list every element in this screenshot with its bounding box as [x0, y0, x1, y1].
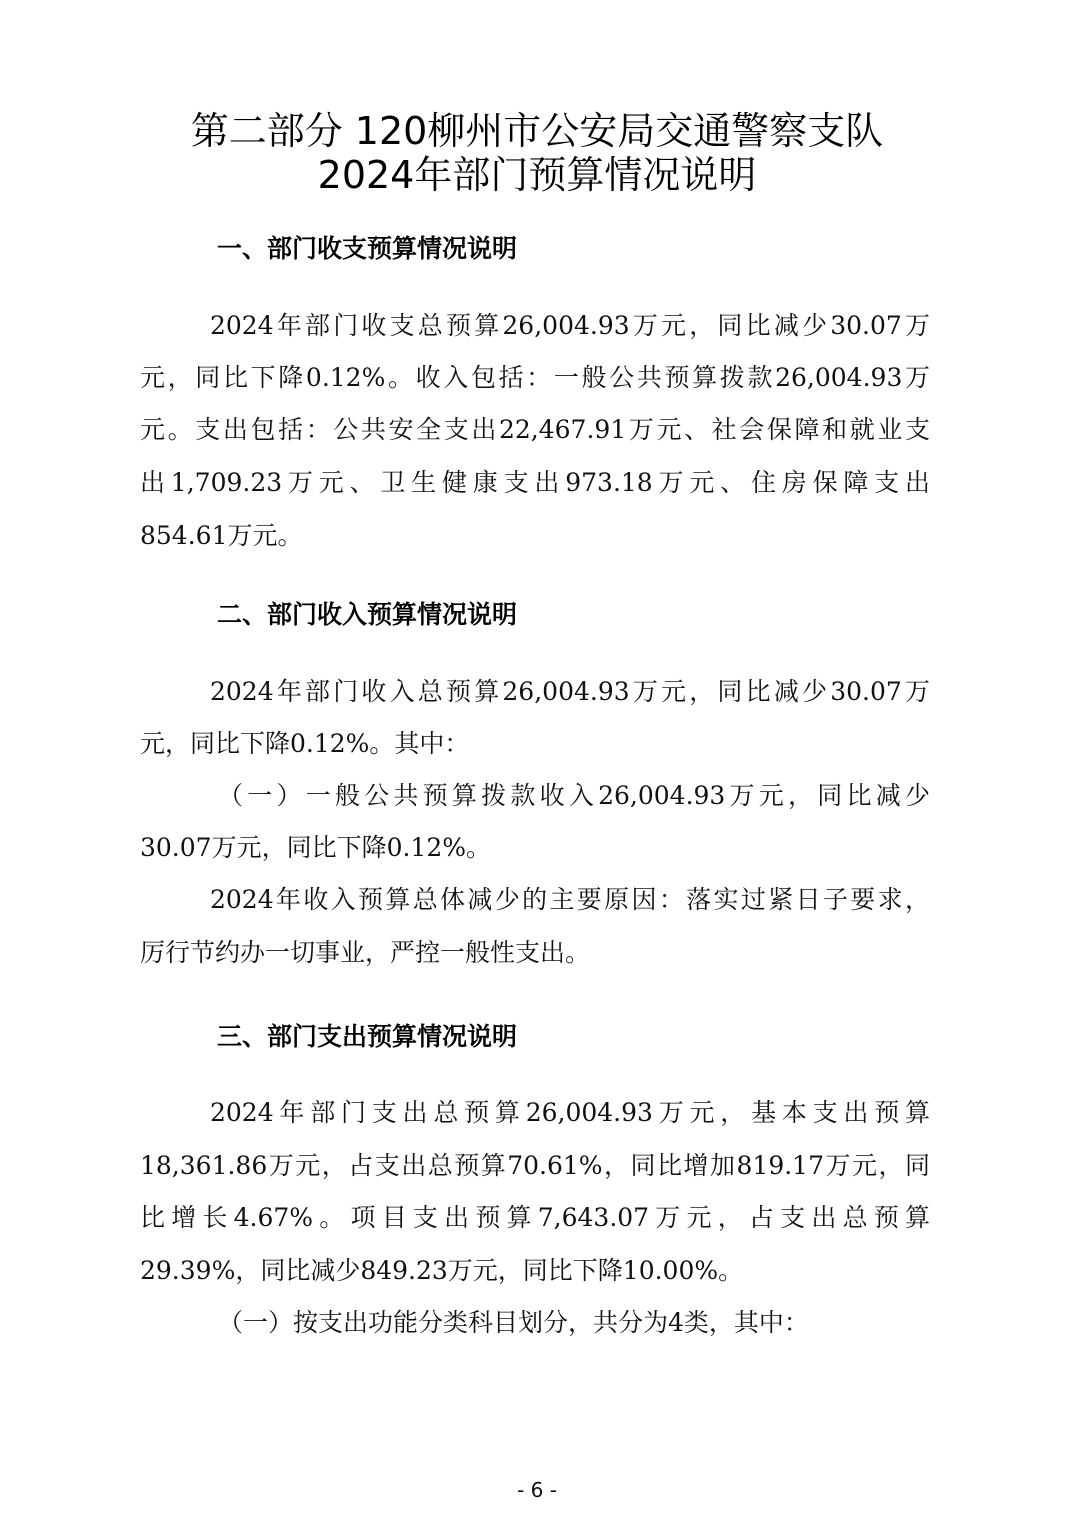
paragraph-line: （一）一般公共预算拨款收入26,004.93万元，同比减少	[218, 780, 930, 812]
section-heading-2: 二、部门收入预算情况说明	[217, 599, 517, 631]
paragraph-line: 厉行节约办一切事业，严控一般性支出。	[140, 937, 930, 969]
paragraph-line: 18,361.86万元，占支出总预算70.61%，同比增加819.17万元，同	[140, 1150, 930, 1182]
paragraph-line: （一）按支出功能分类科目划分，共分为4类，其中：	[218, 1307, 930, 1339]
paragraph-line: 出1,709.23万元、卫生健康支出973.18万元、住房保障支出	[140, 467, 930, 499]
paragraph-line: 元，同比下降0.12%。其中：	[140, 728, 930, 760]
paragraph-line: 2024年部门收入总预算26,004.93万元，同比减少30.07万	[210, 676, 930, 708]
paragraph-line: 元，同比下降0.12%。收入包括：一般公共预算拨款26,004.93万	[140, 362, 930, 394]
paragraph-line: 30.07万元，同比下降0.12%。	[140, 832, 930, 864]
document-page: 第二部分 120柳州市公安局交通警察支队 2024年部门预算情况说明 一、部门收…	[0, 0, 1074, 1520]
paragraph-line: 2024年部门收支总预算26,004.93万元，同比减少30.07万	[210, 310, 930, 342]
page-number: - 6 -	[0, 1478, 1074, 1502]
paragraph-line: 29.39%，同比减少849.23万元，同比下降10.00%。	[140, 1255, 930, 1287]
paragraph-line: 比增长4.67%。项目支出预算7,643.07万元，占支出总预算	[140, 1202, 930, 1234]
document-title-line2: 2024年部门预算情况说明	[0, 152, 1074, 198]
document-title-line1: 第二部分 120柳州市公安局交通警察支队	[0, 108, 1074, 154]
paragraph-line: 2024年部门支出总预算26,004.93万元，基本支出预算	[210, 1097, 930, 1129]
paragraph-line: 2024年收入预算总体减少的主要原因：落实过紧日子要求，	[210, 884, 930, 916]
section-heading-1: 一、部门收支预算情况说明	[217, 233, 517, 265]
section-heading-3: 三、部门支出预算情况说明	[217, 1021, 517, 1053]
paragraph-line: 元。支出包括：公共安全支出22,467.91万元、社会保障和就业支	[140, 414, 930, 446]
paragraph-line: 854.61万元。	[140, 520, 930, 552]
